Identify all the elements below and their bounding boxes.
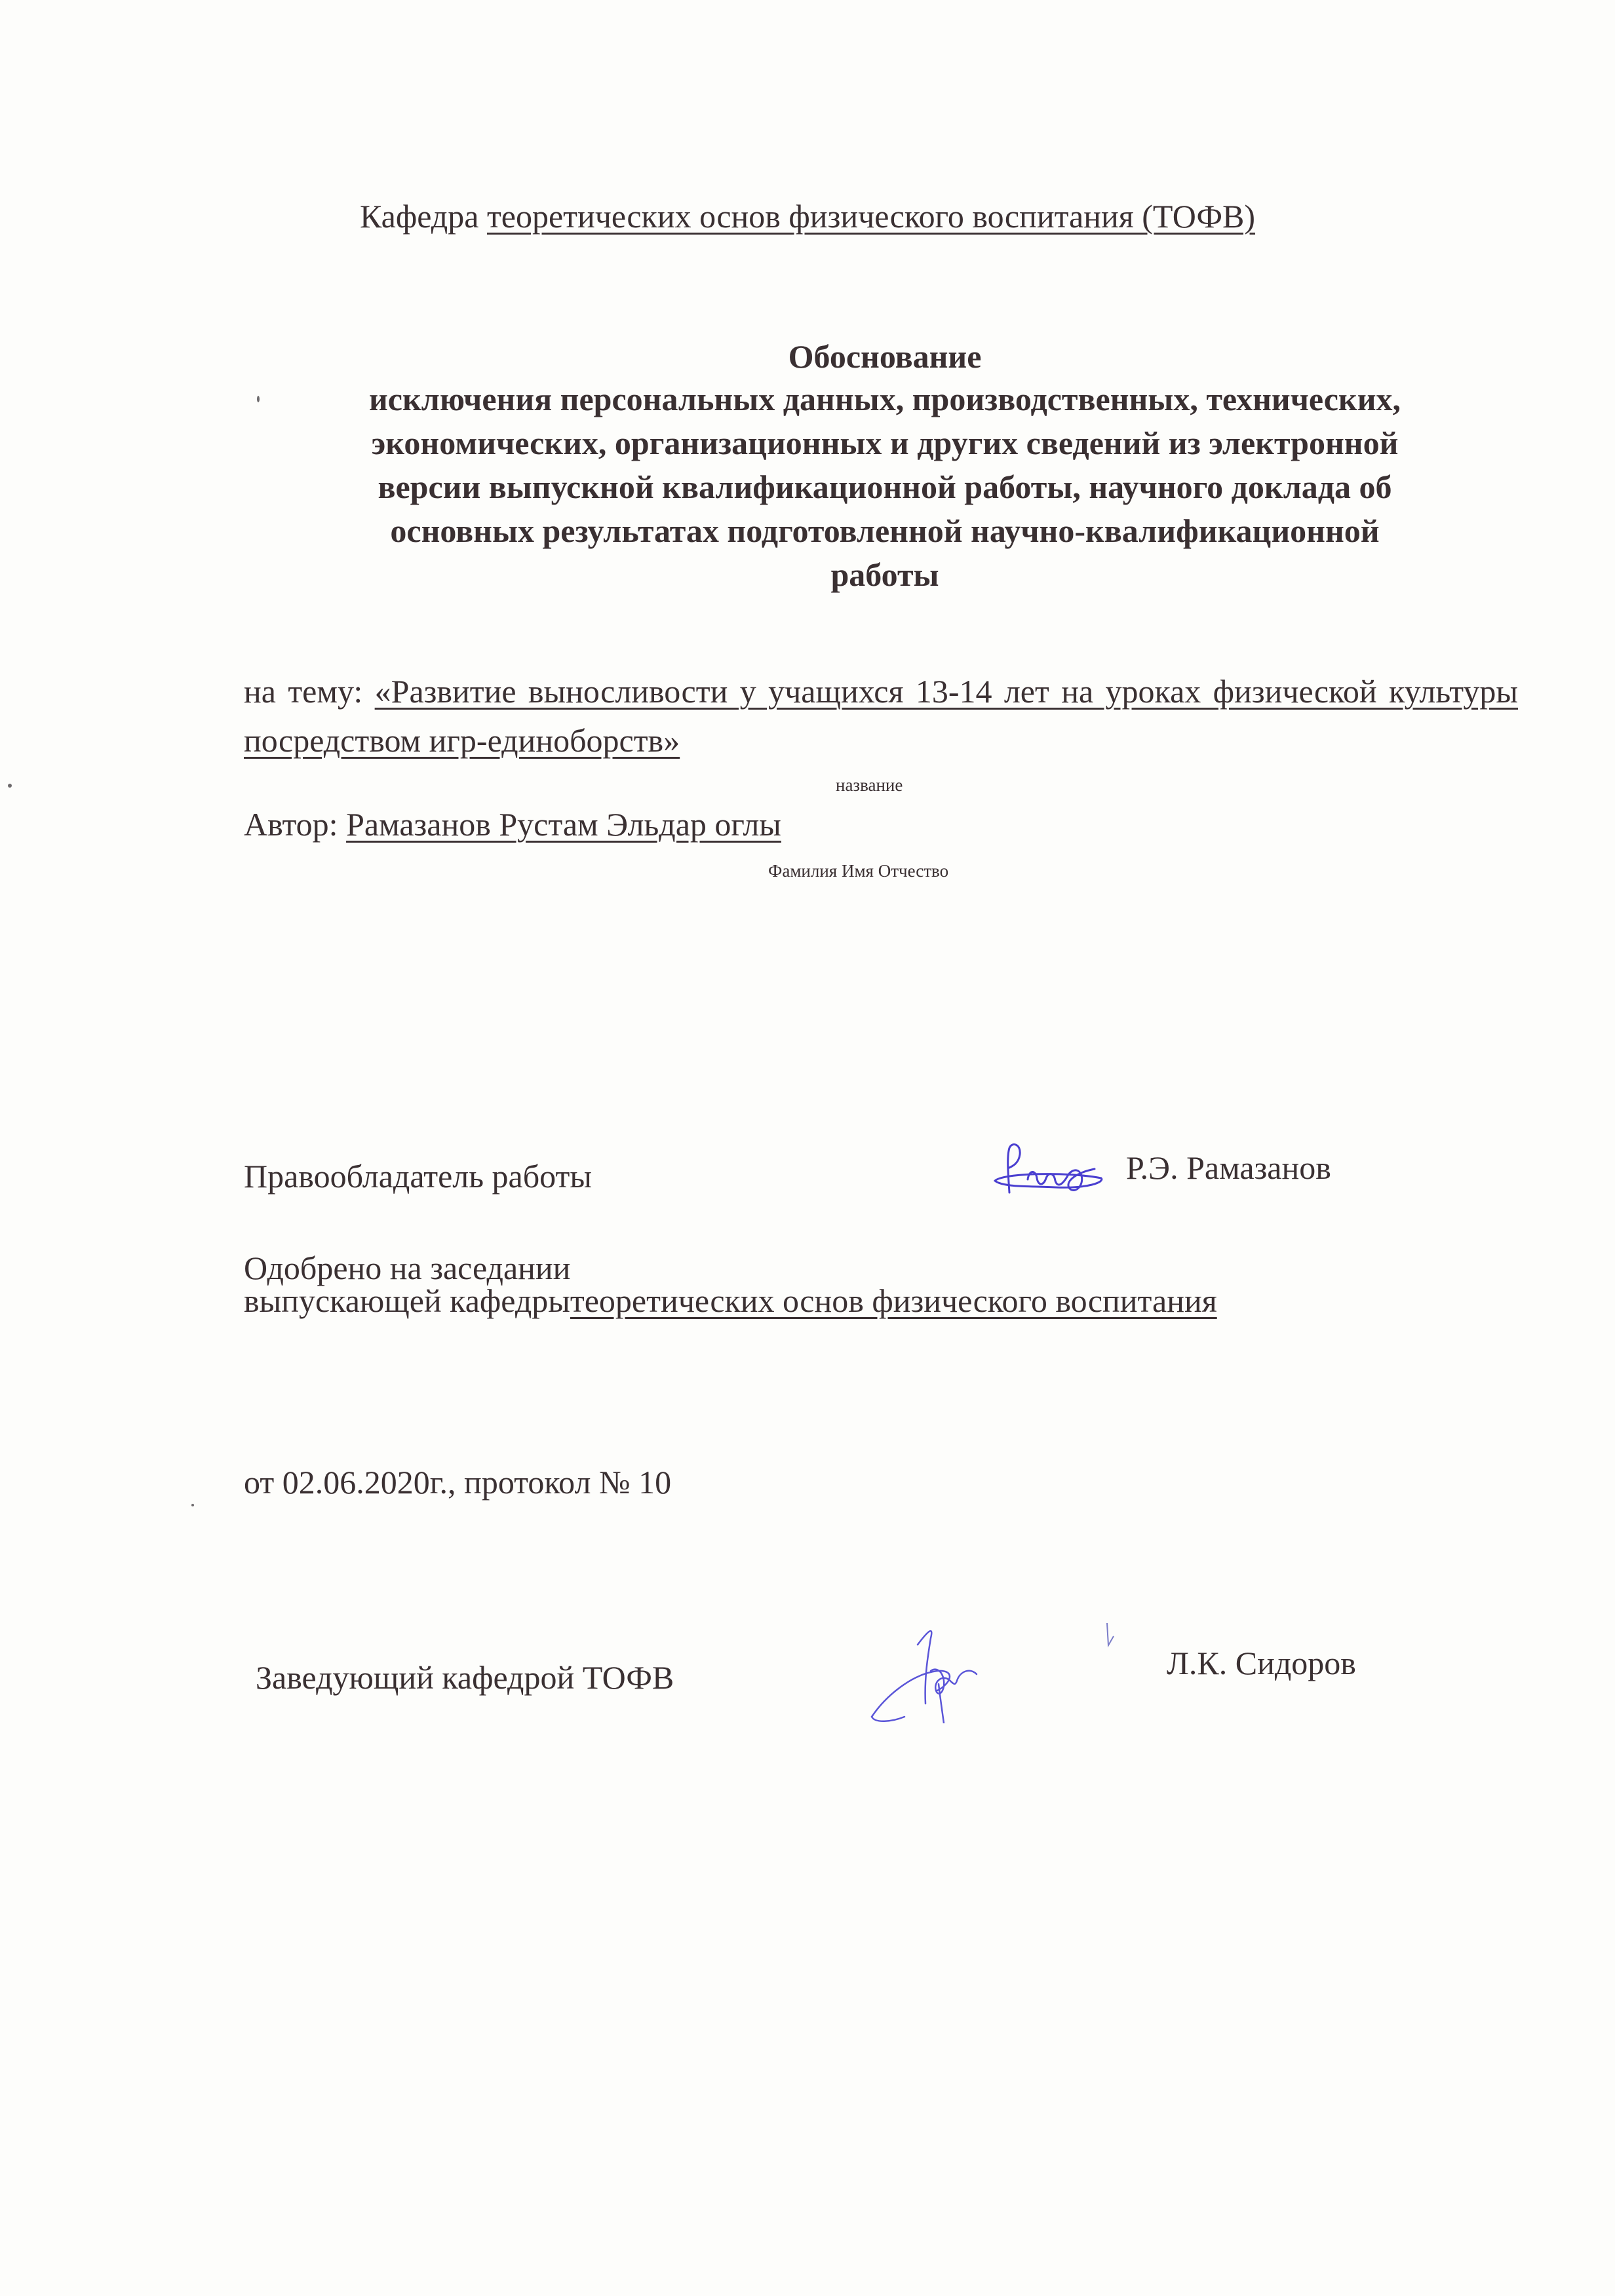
- scan-speck: [191, 1504, 194, 1506]
- department-name: теоретических основ физического воспитан…: [487, 198, 1255, 235]
- scan-speck: [8, 784, 12, 788]
- approval-line-2: выпускающей кафедрытеоретических основ ф…: [244, 1281, 1217, 1320]
- author-label: Автор:: [244, 806, 338, 843]
- title-heading: Обоснование: [243, 335, 1527, 377]
- topic-value: «Развитие выносливости у учащихся 13-14 …: [244, 673, 1518, 759]
- scan-speck: [257, 396, 260, 402]
- author-value: Рамазанов Рустам Эльдар оглы: [346, 806, 781, 843]
- tick-mark-icon: [1104, 1622, 1118, 1648]
- head-name: Л.К. Сидоров: [1167, 1643, 1356, 1683]
- topic-field: на тему: «Развитие выносливости у учащих…: [244, 667, 1518, 765]
- approval-dept-prefix: выпускающей кафедры: [244, 1282, 570, 1319]
- rights-holder-name: Р.Э. Рамазанов: [1126, 1148, 1331, 1187]
- topic-hint: название: [836, 775, 903, 795]
- head-label: Заведующий кафедрой ТОФВ: [256, 1658, 674, 1697]
- author-hint: Фамилия Имя Отчество: [768, 861, 948, 881]
- protocol-line: от 02.06.2020г., протокол № 10: [244, 1463, 671, 1502]
- rights-holder-signature-icon: [990, 1140, 1108, 1199]
- document-title: Обоснование исключения персональных данн…: [243, 335, 1527, 597]
- title-line: работы: [243, 553, 1527, 597]
- title-line: версии выпускной квалификационной работы…: [243, 465, 1527, 509]
- head-signature-icon: [865, 1618, 1022, 1723]
- topic-label: на тему:: [244, 673, 362, 710]
- title-line: экономических, организационных и других …: [243, 421, 1527, 465]
- rights-holder-label: Правообладатель работы: [244, 1157, 592, 1196]
- department-prefix: Кафедра: [360, 198, 487, 235]
- title-line: основных результатах подготовленной науч…: [243, 509, 1527, 553]
- department-line: Кафедра теоретических основ физического …: [0, 197, 1615, 236]
- approval-dept-value: теоретических основ физического воспитан…: [570, 1282, 1217, 1319]
- title-line: исключения персональных данных, производ…: [243, 377, 1527, 421]
- author-field: Автор: Рамазанов Рустам Эльдар оглы: [244, 805, 781, 844]
